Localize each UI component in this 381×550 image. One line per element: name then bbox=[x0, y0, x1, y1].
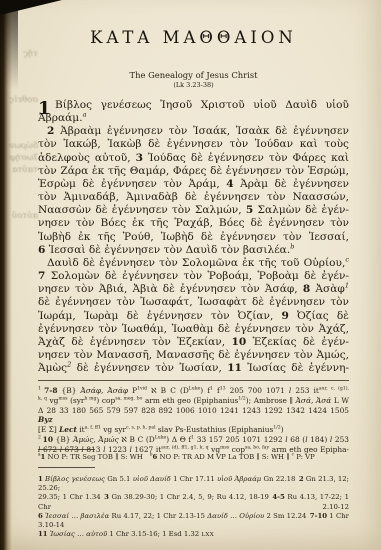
apparatus-line: [E Σ] Lect ita, f, ff1 vg syrc, s, p, h,… bbox=[38, 425, 349, 435]
verse-line: τὸν Ἰακώβ, Ἰακὼβ δὲ ἐγέννησεν τὸν Ἰούδαν… bbox=[38, 138, 349, 151]
verse-line: Ἰωράμ, Ἰωρὰμ δὲ ἐγέννησεν τὸν Ὀζίαν, 9 Ὀ… bbox=[38, 310, 349, 323]
pericope-heading: The Genealogy of Jesus Christ bbox=[38, 70, 349, 80]
verse-line: Ἰωβὴδ ἐκ τῆς Ῥούθ, Ἰωβὴδ δὲ ἐγέννησεν τὸ… bbox=[38, 231, 349, 244]
verse-line: Ναασσὼν δὲ ἐγέννησεν τὸν Σαλμών, 5 Σαλμὼ… bbox=[38, 204, 349, 217]
page-corner-shadow bbox=[0, 0, 62, 15]
cross-reference-line: 29.35; 1 Chr 1.34 3 Gn 38.29-30; 1 Chr 2… bbox=[38, 493, 349, 511]
critical-apparatus-block: 1 7-8 {B} Ἀσάφ, Ἀσάφ P1vid ℵ B C (DLuke)… bbox=[38, 386, 349, 455]
verse-line: 7 Σολομὼν δὲ ἐγέννησεν τὸν Ῥοβοάμ, Ῥοβοὰ… bbox=[38, 270, 349, 283]
segmentation-apparatus-block: a1 NO P: TR Seg TOB ∥ S: WH b6 NO P: TR … bbox=[38, 453, 349, 462]
verse-line: νησεν τὸν Ἀβιά, Ἀβιὰ δὲ ἐγέννησεν τὸν Ἀσ… bbox=[38, 283, 349, 296]
apparatus-line: k, q vgmss (syrh mg) copsa, meg, bo arm … bbox=[38, 396, 349, 406]
parallel-reference: (Lk 3.23-38) bbox=[38, 81, 349, 89]
apparatus-line: Δ 28 33 180 565 579 597 828 892 1006 101… bbox=[38, 406, 349, 426]
segmentation-separator-rule-top bbox=[38, 449, 95, 450]
cross-reference-line: 6 Ἰεσσαί … βασιλέα Ru 4.17, 22; 1 Chr 2.… bbox=[38, 512, 349, 530]
verse-line: τὸν Ἀμιναδάβ, Ἀμιναδὰβ δὲ ἐγέννησεν τὸν … bbox=[38, 191, 349, 204]
segmentation-line: a1 NO P: TR Seg TOB ∥ S: WH b6 NO P: TR … bbox=[38, 453, 349, 462]
verse-line: 2 Ἀβραὰμ ἐγέννησεν τὸν Ἰσαάκ, Ἰσαὰκ δὲ ἐ… bbox=[38, 125, 349, 138]
verse-line: Ἀχὰζ δὲ ἐγέννησεν τὸν Ἑζεκίαν, 10 Ἑζεκία… bbox=[38, 336, 349, 349]
greek-text-block: Βίβλος γενέσεως Ἰησοῦ Χριστοῦ υἱοῦ Δαυὶδ… bbox=[38, 99, 349, 375]
verse-line: Δαυὶδ δὲ ἐγέννησεν τὸν Σολομῶνα ἐκ τῆς τ… bbox=[38, 257, 349, 270]
verse-line: 6 Ἰεσσαὶ δὲ ἐγέννησεν τὸν Δαυὶδ τὸν βασι… bbox=[38, 244, 349, 257]
verse-line: νησεν τὸν Βόες ἐκ τῆς Ῥαχάβ, Βόες δὲ ἐγέ… bbox=[38, 217, 349, 230]
segmentation-separator-rule-bottom bbox=[38, 467, 95, 468]
scanned-bible-page: τῆςσοθεὶςδώρωνἸωσὴφταῦτααὐτοῦ ΚΑΤΑ ΜΑΘΘΑ… bbox=[0, 0, 381, 550]
verse-line: ἀδελφοὺς αὐτοῦ, 3 Ἰούδας δὲ ἐγέννησεν τὸ… bbox=[38, 152, 349, 165]
cross-reference-line: 1 Βίβλος γενέσεως Gn 5.1 υἱοῦ Δαυίδ 1 Ch… bbox=[38, 475, 349, 493]
book-title: ΚΑΤΑ ΜΑΘΘΑΙΟΝ bbox=[38, 28, 349, 47]
verse-line: δὲ ἐγέννησεν τὸν Ἰωσαφάτ, Ἰωσαφὰτ δὲ ἐγέ… bbox=[38, 296, 349, 309]
verse-line: ἐγέννησεν τὸν Ἰωαθάμ, Ἰωαθὰμ δὲ ἐγέννησε… bbox=[38, 323, 349, 336]
verse-line: Ἀμὼς2 δὲ ἐγέννησεν τὸν Ἰωσίαν, 11 Ἰωσίας… bbox=[38, 362, 349, 375]
verse-line: τὸν Ζάρα ἐκ τῆς Θαμάρ, Φάρες δὲ ἐγέννησε… bbox=[38, 165, 349, 178]
cross-reference-line: 11 Ἰωσίας … αὐτοῦ 1 Chr 3.15-16; 1 Esd 1… bbox=[38, 530, 349, 540]
verse-line: νησεν τὸν Μανασσῆ, Μανασσῆς δὲ ἐγέννησεν… bbox=[38, 349, 349, 362]
apparatus-line: 2 10 {B} Ἀμώς, Ἀμώς ℵ B C (DLuke) Δ Θ f1… bbox=[38, 435, 349, 445]
verse-line: Ἀβραάμ.a bbox=[38, 112, 349, 125]
apparatus-separator-rule bbox=[38, 380, 349, 381]
apparatus-line: 1 7-8 {B} Ἀσάφ, Ἀσάφ P1vid ℵ B C (DLuke)… bbox=[38, 386, 349, 396]
verse-line: Ἑσρὼμ δὲ ἐγέννησεν τὸν Ἀράμ, 4 Ἀρὰμ δὲ ἐ… bbox=[38, 178, 349, 191]
cross-reference-block: 1 Βίβλος γενέσεως Gn 5.1 υἱοῦ Δαυίδ 1 Ch… bbox=[38, 475, 349, 540]
